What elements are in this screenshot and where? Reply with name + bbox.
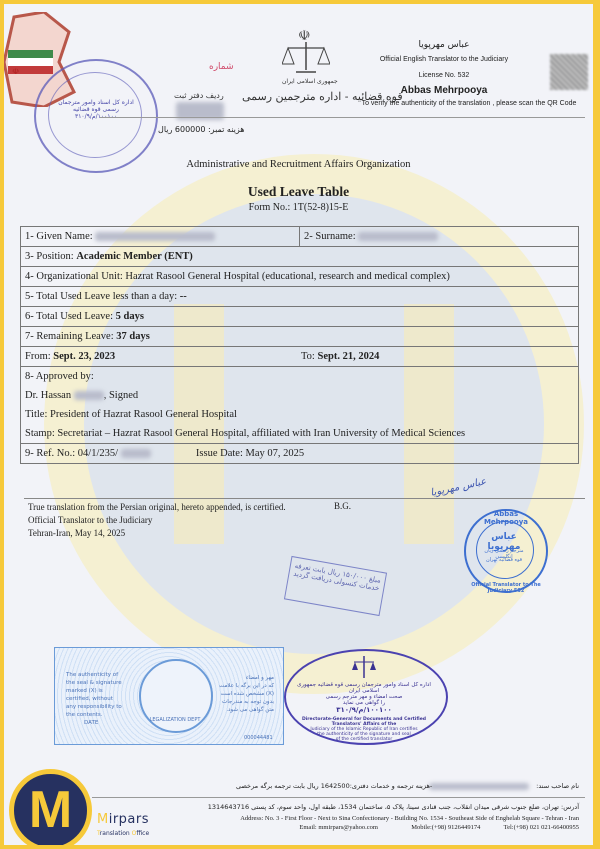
surname-redacted	[358, 232, 438, 241]
used-leave-table: 1- Given Name: 2- Surname: 3- Position: …	[20, 226, 579, 464]
table-row: 3- Position: Academic Member (ENT)	[21, 247, 579, 267]
surname-label: 2- Surname:	[304, 231, 356, 242]
certification-block: True translation from the Persian origin…	[28, 501, 286, 540]
apostille-fa-line: بدون توجه به مندرجات	[212, 698, 274, 706]
judiciary-fa: جمهوری اسلامی ایران	[282, 78, 338, 85]
seal-bottom-en: Official Translator to The Judiciary 532	[466, 582, 546, 594]
given-name-label: 1- Given Name:	[25, 231, 93, 242]
org-unit: 4- Organizational Unit: Hazrat Rasool Ge…	[21, 267, 579, 287]
remaining-value: 37 days	[116, 331, 150, 342]
registry-label: ردیف دفتر ثبت	[174, 91, 224, 100]
table-row: 6- Total Used Leave: 5 days	[21, 307, 579, 327]
brand-name: Mirpars	[97, 812, 149, 827]
oval-stamp-scales-icon	[352, 654, 376, 680]
document-page: ☫ اداره کل اسناد وامور مترجمان رسمی قوه …	[4, 4, 593, 845]
oval-stamp-fa: اداره کل اسناد وامور مترجمان رسمی قوه قض…	[294, 682, 434, 714]
apostille-en-line: The authenticity of	[66, 671, 122, 679]
document-owner-label: نام صاحب سند:	[536, 782, 579, 790]
approver-name: Dr. Hassan	[25, 390, 71, 401]
logo-letter-m: M	[9, 769, 92, 845]
translation-fee-note: -هزینه ترجمه و خدمات دفتری:1642500 ریال …	[236, 782, 432, 790]
total-used-label: 6- Total Used Leave:	[25, 311, 116, 322]
oval-fa-line: اداره کل اسناد وامور مترجمان رسمی قوه قض…	[294, 682, 434, 694]
apostille-en: The authenticity of the seal & signature…	[66, 671, 122, 727]
apostille-fa-line: متن گواهی می شود.	[212, 706, 274, 714]
header-divider	[100, 117, 585, 118]
table-row: 9- Ref. No.: 04/1/235/ Issue Date: May 0…	[21, 444, 579, 464]
given-name-redacted	[95, 232, 215, 241]
document-owner-redacted	[429, 783, 529, 790]
ref-number-redacted	[121, 449, 151, 458]
apostille-en-line: certified, without	[66, 695, 122, 703]
apostille-fa: مهر و امضاء که در این برگه با علامت (X) …	[212, 674, 274, 714]
apostille-en-line: the seal & signature	[66, 679, 122, 687]
footer-divider	[92, 797, 585, 798]
table-row: Stamp: Secretariat – Hazrat Rasool Gener…	[21, 424, 579, 444]
stamp-description: Stamp: Secretariat – Hazrat Rasool Gener…	[21, 424, 579, 444]
table-row: Dr. Hassan , Signed	[21, 386, 579, 405]
approver-title: Title: President of Hazrat Rasool Genera…	[21, 405, 579, 424]
document-title: Used Leave Table	[4, 184, 593, 200]
oval-en-line: of the certified translator	[292, 737, 436, 742]
table-row: 5- Total Used Leave less than a day: --	[21, 287, 579, 307]
mobile[interactable]: Mobile:(+98) 9126449174	[411, 824, 480, 831]
qr-verify-note: To verify the authenticity of the transl…	[349, 100, 589, 107]
judiciary-scales-icon: ☫	[282, 26, 330, 76]
svg-text:☫: ☫	[12, 67, 19, 76]
brand-subtitle: Translation Office	[97, 830, 149, 837]
apostille-en-line: any responsibility to	[66, 703, 122, 711]
from-label: From:	[25, 351, 53, 362]
approved-by-label: 8- Approved by:	[21, 367, 579, 387]
table-row: From: Sept. 23, 2023To: Sept. 21, 2024	[21, 347, 579, 367]
translator-name-en: Abbas Mehrpooya	[344, 85, 544, 96]
telephone[interactable]: Tel:(+98) 021 021-66400955	[504, 824, 579, 831]
apostille-seal-text: LEGALIZATION DEPT	[144, 716, 206, 724]
qr-code[interactable]	[550, 54, 588, 90]
address-fa: آدرس: تهران، ضلع جنوب شرقی میدان انقلاب،…	[208, 803, 579, 811]
table-row: 1- Given Name: 2- Surname:	[21, 227, 579, 247]
apostille-date-label: DATE	[66, 719, 122, 727]
less-than-day-label: 5- Total Used Leave less than a day:	[25, 291, 180, 302]
table-row: 7- Remaining Leave: 37 days	[21, 327, 579, 347]
position-value: Academic Member (ENT)	[76, 251, 192, 262]
apostille-fa-line: (X) مشخص شده است	[212, 690, 274, 698]
position-label: 3- Position:	[25, 251, 76, 262]
email[interactable]: Email: mmirpars@yahoo.com	[299, 824, 378, 831]
approver-signed: , Signed	[104, 390, 138, 401]
certification-line-1: True translation from the Persian origin…	[28, 501, 286, 514]
seal-city-fa: قوه قضائیه تهران	[476, 557, 532, 563]
table-row: 4- Organizational Unit: Hazrat Rasool Ge…	[21, 267, 579, 287]
certification-line-3: Tehran-Iran, May 14, 2025	[28, 527, 286, 540]
oval-stamp-en: Directorate-General for Documents and Ce…	[292, 717, 436, 742]
stamp-circle-line-1: اداره کل اسناد وامور مترجمان	[56, 99, 136, 106]
stamp-fee: هزینه تمبر: 600000 ریال	[158, 125, 244, 134]
translator-initials: B.G.	[334, 501, 351, 511]
svg-text:☫: ☫	[298, 29, 311, 44]
form-number: Form No.: 1T(52-8)15-E	[4, 202, 593, 213]
issue-date: Issue Date: May 07, 2025	[196, 448, 304, 459]
approver-surname-redacted	[74, 391, 104, 400]
remaining-label: 7- Remaining Leave:	[25, 331, 116, 342]
license-number: License No. 532	[344, 72, 544, 79]
stamp-circle-line-2: رسمی قوه قضائیه	[56, 106, 136, 113]
to-label: To:	[301, 351, 317, 362]
from-value: Sept. 23, 2023	[53, 351, 115, 362]
contact-line: Email: mmirpars@yahoo.com Mobile:(+98) 9…	[299, 824, 579, 831]
table-row: 8- Approved by:	[21, 367, 579, 387]
apostille-fa-line: مهر و امضاء	[212, 674, 274, 682]
number-label: شماره	[209, 62, 234, 72]
apostille-en-line: marked (X) is	[66, 687, 122, 695]
oval-fa-number: ۱۰۰۱۰۰/م/۳۱۰/۹	[294, 706, 434, 714]
to-value: Sept. 21, 2024	[317, 351, 379, 362]
organization-name: Administrative and Recruitment Affairs O…	[4, 159, 593, 170]
less-than-day-value: --	[180, 291, 187, 302]
ref-number: 9- Ref. No.: 04/1/235/	[25, 448, 118, 459]
seal-outer-name: Abbas Mehrpooya	[474, 510, 538, 526]
certification-divider	[24, 498, 585, 499]
apostille-serial: 000044481	[244, 734, 273, 742]
apostille-fa-line: که در این برگه با علامت	[212, 682, 274, 690]
table-row: Title: President of Hazrat Rasool Genera…	[21, 405, 579, 424]
apostille-en-line: the contents.	[66, 711, 122, 719]
certification-line-2: Official Translator to the Judiciary	[28, 514, 286, 527]
translator-name-fa: عباس مهرپویا	[344, 40, 544, 50]
address-en: Address: No. 3 - First Floor - Next to S…	[240, 815, 579, 822]
oval-en-line: Directorate-General for Documents and Ce…	[292, 717, 436, 727]
total-used-value: 5 days	[116, 311, 144, 322]
translator-title: Official English Translator to the Judic…	[344, 56, 544, 63]
